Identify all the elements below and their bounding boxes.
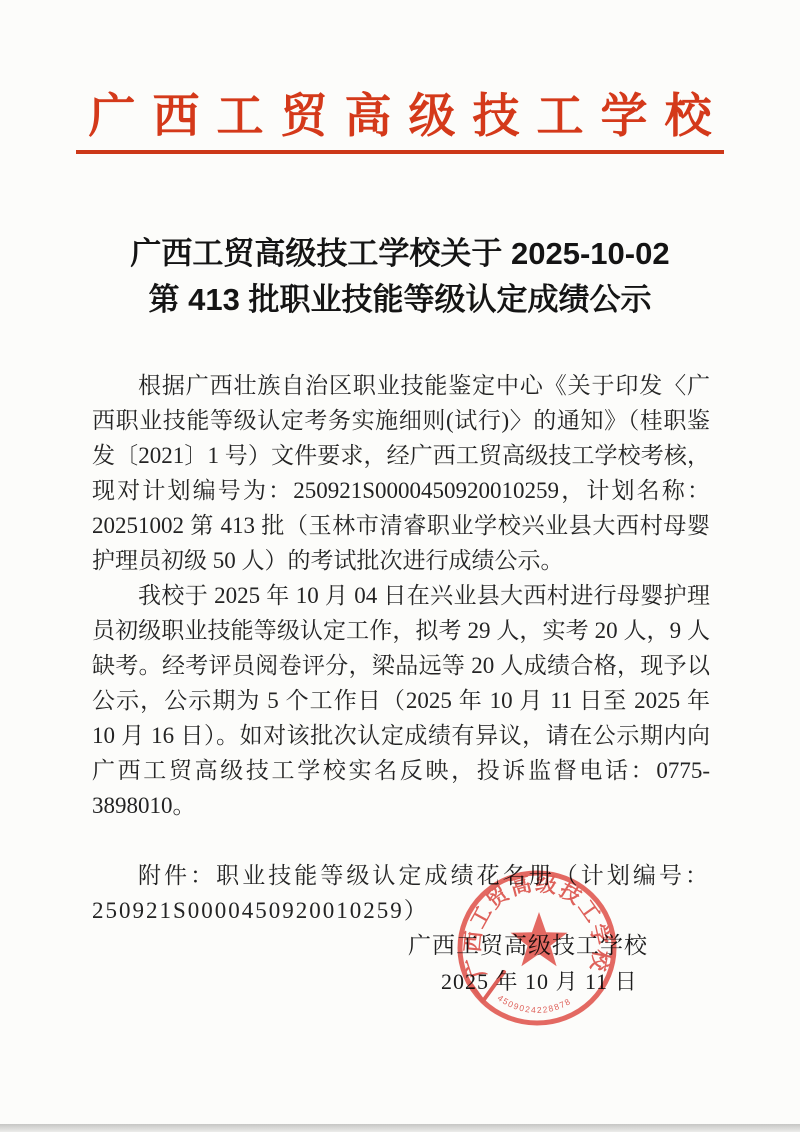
signature-date: 2025 年 10 月 11 日: [441, 965, 638, 996]
attachment-line: 附件：职业技能等级认定成绩花名册（计划编号：250921S00004509200…: [92, 858, 710, 928]
paragraph-basis: 根据广西壮族自治区职业技能鉴定中心《关于印发〈广西职业技能等级认定考务实施细则(…: [92, 368, 710, 578]
paragraph-results: 我校于 2025 年 10 月 04 日在兴业县大西村进行母婴护理员初级职业技能…: [92, 578, 710, 823]
svg-text:4509024228878: 4509024228878: [496, 993, 573, 1015]
document-page: 广西工贸高级技工学校 广西工贸高级技工学校关于 2025-10-02 第 413…: [0, 0, 800, 1132]
page-bottom-scan-edge: [0, 1124, 800, 1132]
signature-school-name: 广西工贸高级技工学校: [408, 927, 648, 960]
document-body: 根据广西壮族自治区职业技能鉴定中心《关于印发〈广西职业技能等级认定考务实施细则(…: [92, 368, 710, 928]
document-title-line2: 第 413 批职业技能等级认定成绩公示: [0, 277, 800, 323]
letterhead-rule: [76, 150, 724, 154]
document-title-line1: 广西工贸高级技工学校关于 2025-10-02: [0, 231, 800, 277]
letterhead-school-name: 广西工贸高级技工学校: [0, 88, 800, 144]
document-title: 广西工贸高级技工学校关于 2025-10-02 第 413 批职业技能等级认定成…: [0, 231, 800, 323]
seal-code: 4509024228878: [496, 993, 573, 1015]
